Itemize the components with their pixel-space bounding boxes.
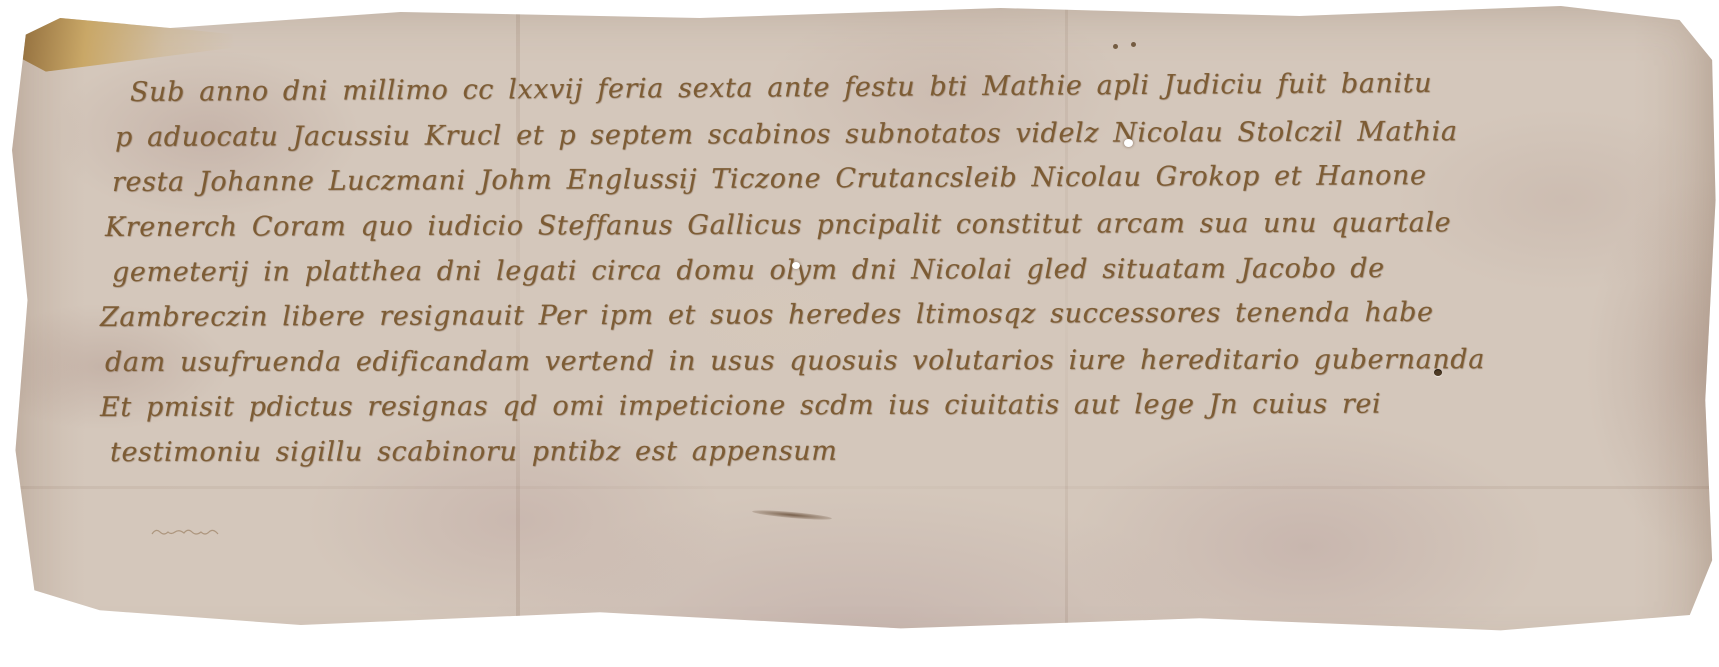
ink-dot (1113, 44, 1118, 49)
manuscript-line: Et pmisit pdictus resignas qd omi impeti… (100, 381, 1520, 430)
manuscript-line: Zambreczin libere resignauit Per ipm et … (100, 290, 1520, 340)
parchment-sheet: Sub anno dni millimo cc lxxvij feria sex… (0, 0, 1719, 667)
manuscript-line: testimoniu sigillu scabinoru pntibz est … (110, 428, 1520, 475)
manuscript-line: p aduocatu Jacussiu Krucl et p septem sc… (115, 109, 1520, 160)
manuscript-line: dam usufruenda edificandam vertend in us… (105, 337, 1520, 385)
manuscript-line: resta Johanne Luczmani Johm Englussij Ti… (112, 153, 1520, 205)
manuscript-line: gemeterij in platthea dni legati circa d… (112, 246, 1520, 295)
parchment-hole (792, 262, 800, 269)
parchment-hole (1124, 139, 1133, 147)
photographed-parchment-scene: Sub anno dni millimo cc lxxvij feria sex… (0, 0, 1719, 667)
ink-dot (1131, 42, 1136, 47)
parchment-tear (752, 509, 832, 522)
marginal-scribble (150, 524, 220, 540)
horizontal-crease (10, 486, 1710, 489)
manuscript-text-block: Sub anno dni millimo cc lxxvij feria sex… (100, 70, 1520, 475)
manuscript-line: Sub anno dni millimo cc lxxvij feria sex… (130, 60, 1520, 115)
manuscript-line: Krenerch Coram quo iudicio Steffanus Gal… (105, 200, 1520, 250)
parchment-hole-dark (1434, 369, 1442, 376)
parchment-fold-top-left (16, 5, 234, 74)
